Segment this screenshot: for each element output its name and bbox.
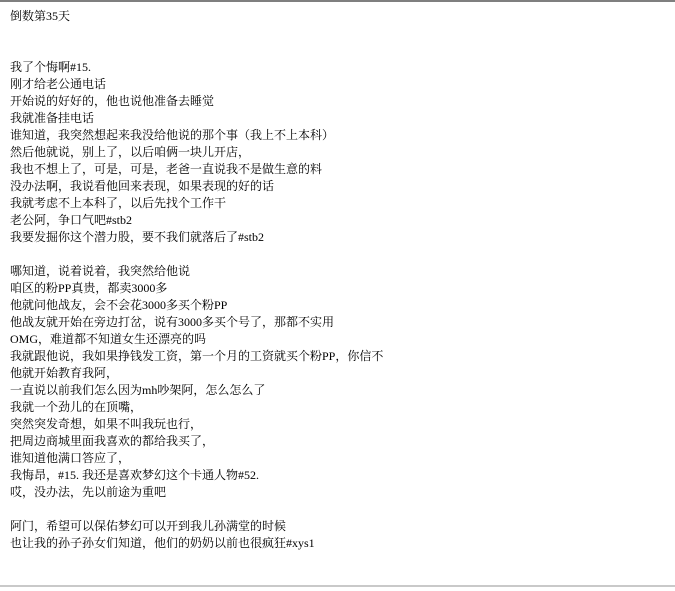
post-line: 刚才给老公通电话 (10, 76, 669, 93)
post-line: 哪知道，说着说着，我突然给他说 (10, 263, 669, 280)
post-line: 突然突发奇想，如果不叫我玩也行， (10, 416, 669, 433)
post-page: 倒数第35天 我了个悔啊#15.刚才给老公通电话开始说的好好的，他也说他准备去睡… (0, 0, 675, 591)
post-line: 也让我的孙子孙女们知道，他们的奶奶以前也很疯狂#xys1 (10, 535, 669, 552)
post-line: 一直说以前我们怎么因为mh吵架阿，怎么怎么了 (10, 382, 669, 399)
post-line: 没办法啊，我说看他回来表现，如果表现的好的话 (10, 178, 669, 195)
post-line: 开始说的好好的，他也说他准备去睡觉 (10, 93, 669, 110)
post-line: 谁知道，我突然想起来我没给他说的那个事（我上不上本科） (10, 127, 669, 144)
post-line: 谁知道他满口答应了， (10, 450, 669, 467)
post-line: 我就一个劲儿的在顶嘴， (10, 399, 669, 416)
post-line: 我要发掘你这个潜力股，要不我们就落后了#stb2 (10, 229, 669, 246)
post-line: OMG，难道都不知道女生还漂亮的吗 (10, 331, 669, 348)
top-rule (0, 0, 675, 2)
post-line: 我就考虑不上本科了，以后先找个工作干 (10, 195, 669, 212)
post-line (10, 25, 669, 42)
post-line: 然后他就说，别上了，以后咱俩一块儿开店， (10, 144, 669, 161)
post-content: 倒数第35天 我了个悔啊#15.刚才给老公通电话开始说的好好的，他也说他准备去睡… (10, 8, 669, 552)
post-line: 他就问他战友，会不会花3000多买个粉PP (10, 297, 669, 314)
post-line: 咱区的粉PP真贵，都卖3000多 (10, 280, 669, 297)
post-body: 我了个悔啊#15.刚才给老公通电话开始说的好好的，他也说他准备去睡觉我就准备挂电… (10, 25, 669, 552)
post-title: 倒数第35天 (10, 8, 669, 25)
post-line: 他战友就开始在旁边打岔，说有3000多买个号了，那都不实用 (10, 314, 669, 331)
post-line: 把周边商城里面我喜欢的都给我买了， (10, 433, 669, 450)
post-line: 我就准备挂电话 (10, 110, 669, 127)
post-line: 阿门，希望可以保佑梦幻可以开到我儿孙满堂的时候 (10, 518, 669, 535)
post-line: 我也不想上了，可是，可是，老爸一直说我不是做生意的料 (10, 161, 669, 178)
post-line (10, 246, 669, 263)
post-line: 他就开始教育我阿， (10, 365, 669, 382)
post-line: 老公阿，争口气吧#stb2 (10, 212, 669, 229)
post-line: 我悔昂，#15. 我还是喜欢梦幻这个卡通人物#52. (10, 467, 669, 484)
post-line: 我了个悔啊#15. (10, 59, 669, 76)
bottom-rule (0, 585, 675, 587)
post-line (10, 501, 669, 518)
post-line: 哎，没办法，先以前途为重吧 (10, 484, 669, 501)
post-line: 我就跟他说，我如果挣钱发工资，第一个月的工资就买个粉PP，你信不 (10, 348, 669, 365)
post-line (10, 42, 669, 59)
